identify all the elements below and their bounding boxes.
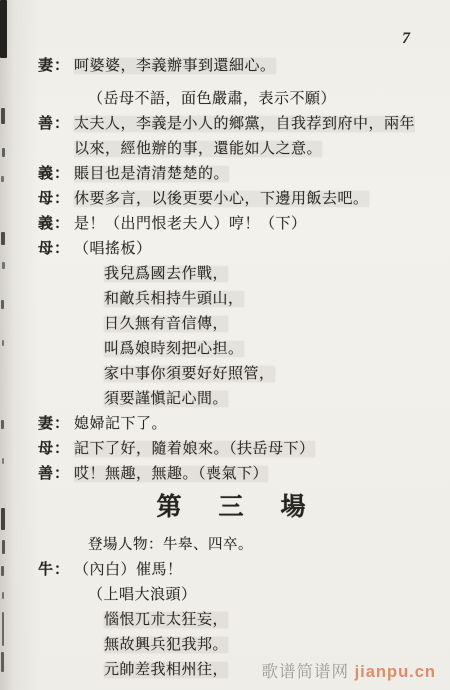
speaker-label: 母： [38,437,70,462]
binding-mark [2,612,4,646]
lyric-text: 日久無有音信傳， [104,316,228,332]
dialogue-line: 妻： 媳婦記下了。 [38,412,430,437]
lyric-text: 元帥差我相州往， [104,662,228,678]
lyric-line: 我兒爲國去作戰， [38,262,430,287]
dialogue-line: 妻： 呵婆婆，李義辦事到還細心。 [38,54,430,79]
dialogue-line: 義： 賬目也是清清楚楚的。 [38,162,430,187]
binding-mark [1,232,5,245]
dialogue-line: 善： 哎！無趣，無趣。（喪氣下） [38,462,430,487]
dialogue-text: 記下了好，隨着娘來。（扶岳母下） [74,441,315,457]
watermark-url: jianpu.cn [355,663,436,681]
lyric-line: 和敵兵相持牛頭山， [38,287,430,312]
dialogue-text: （唱搖板） [74,241,152,257]
scene-heading: 第 三 場 [38,492,430,524]
dialogue-line: 善： 太夫人，李義是小人的鄉黨，自我荐到府中，兩年以來，經他辦的事，還能如人之意… [38,112,430,162]
dialogue-text: 太夫人，李義是小人的鄉黨，自我荐到府中，兩年以來，經他辦的事，還能如人之意。 [74,116,415,157]
binding-mark [1,420,4,429]
dialogue-text: 呵婆婆，李義辦事到還細心。 [74,58,276,74]
dialogue-line: 母： 記下了好，隨着娘來。（扶岳母下） [38,437,430,462]
speaker-label: 善： [38,112,70,137]
lyric-line: 惱恨兀朮太狂妄， [38,608,430,633]
lyric-text: 無故興兵犯我邦。 [104,637,228,653]
lyric-text: 我兒爲國去作戰， [104,266,228,282]
binding-mark [2,458,4,464]
lyric-text: 家中事你須要好好照管， [104,366,275,382]
binding-mark [0,0,7,58]
binding-mark [1,652,4,672]
dialogue-text: 是！（出門恨老夫人）哼！（下） [74,216,307,232]
lyric-text: 和敵兵相持牛頭山， [104,291,244,307]
binding-mark [2,340,4,346]
watermark: 歌谱简谱网 jianpu.cn [261,658,436,682]
watermark-site-name: 歌谱简谱网 [261,663,349,681]
speaker-label: 義： [38,162,70,187]
dialogue-line: 牛： （內白）催馬！ [38,558,430,583]
binding-mark [1,300,4,309]
stage-direction-text: （上唱大浪頭） [88,587,197,603]
lyric-line: 叫爲娘時刻把心担。 [38,337,430,362]
cast-list-text: 登場人物：牛皋、四卒。 [88,537,253,553]
lyric-text: 須要謹愼記心間。 [104,391,228,407]
speaker-label: 母： [38,237,70,262]
binding-mark [1,566,4,576]
stage-direction-text: （岳母不語，面色嚴肅，表示不願） [88,91,336,107]
binding-mark [1,508,5,530]
lyric-text: 惱恨兀朮太狂妄， [104,612,228,628]
binding-mark [2,540,5,554]
stage-direction: （上唱大浪頭） [38,583,430,608]
script-page-content: 妻： 呵婆婆，李義辦事到還細心。 （岳母不語，面色嚴肅，表示不願） 善： 太夫人… [38,54,430,683]
binding-mark [2,148,5,157]
speaker-label: 母： [38,187,70,212]
lyric-line: 家中事你須要好好照管， [38,362,430,387]
stage-direction: （岳母不語，面色嚴肅，表示不願） [38,87,430,112]
binding-mark [2,592,4,599]
dialogue-text: 賬目也是清清楚楚的。 [74,166,229,182]
speaker-label: 義： [38,212,70,237]
binding-mark [1,176,4,182]
page-number: 7 [402,30,410,48]
dialogue-line: 義： 是！（出門恨老夫人）哼！（下） [38,212,430,237]
speaker-label: 牛： [38,558,70,583]
lyric-line: 須要謹愼記心間。 [38,387,430,412]
lyric-line: 無故興兵犯我邦。 [38,633,430,658]
dialogue-line: 母： （唱搖板） [38,237,430,262]
lyric-text: 叫爲娘時刻把心担。 [104,341,244,357]
dialogue-text: （內白）催馬！ [74,562,183,578]
dialogue-line: 母： 休要多言，以後更要小心，下邊用飯去吧。 [38,187,430,212]
binding-mark [1,108,5,124]
dialogue-text: 休要多言，以後更要小心，下邊用飯去吧。 [74,191,369,207]
dialogue-text: 媳婦記下了。 [74,416,167,432]
cast-list: 登場人物：牛皋、四卒。 [38,533,430,558]
speaker-label: 妻： [38,412,70,437]
binding-mark [2,262,5,269]
lyric-line: 日久無有音信傳， [38,312,430,337]
dialogue-text: 哎！無趣，無趣。（喪氣下） [74,466,268,482]
speaker-label: 妻： [38,54,70,79]
speaker-label: 善： [38,462,70,487]
